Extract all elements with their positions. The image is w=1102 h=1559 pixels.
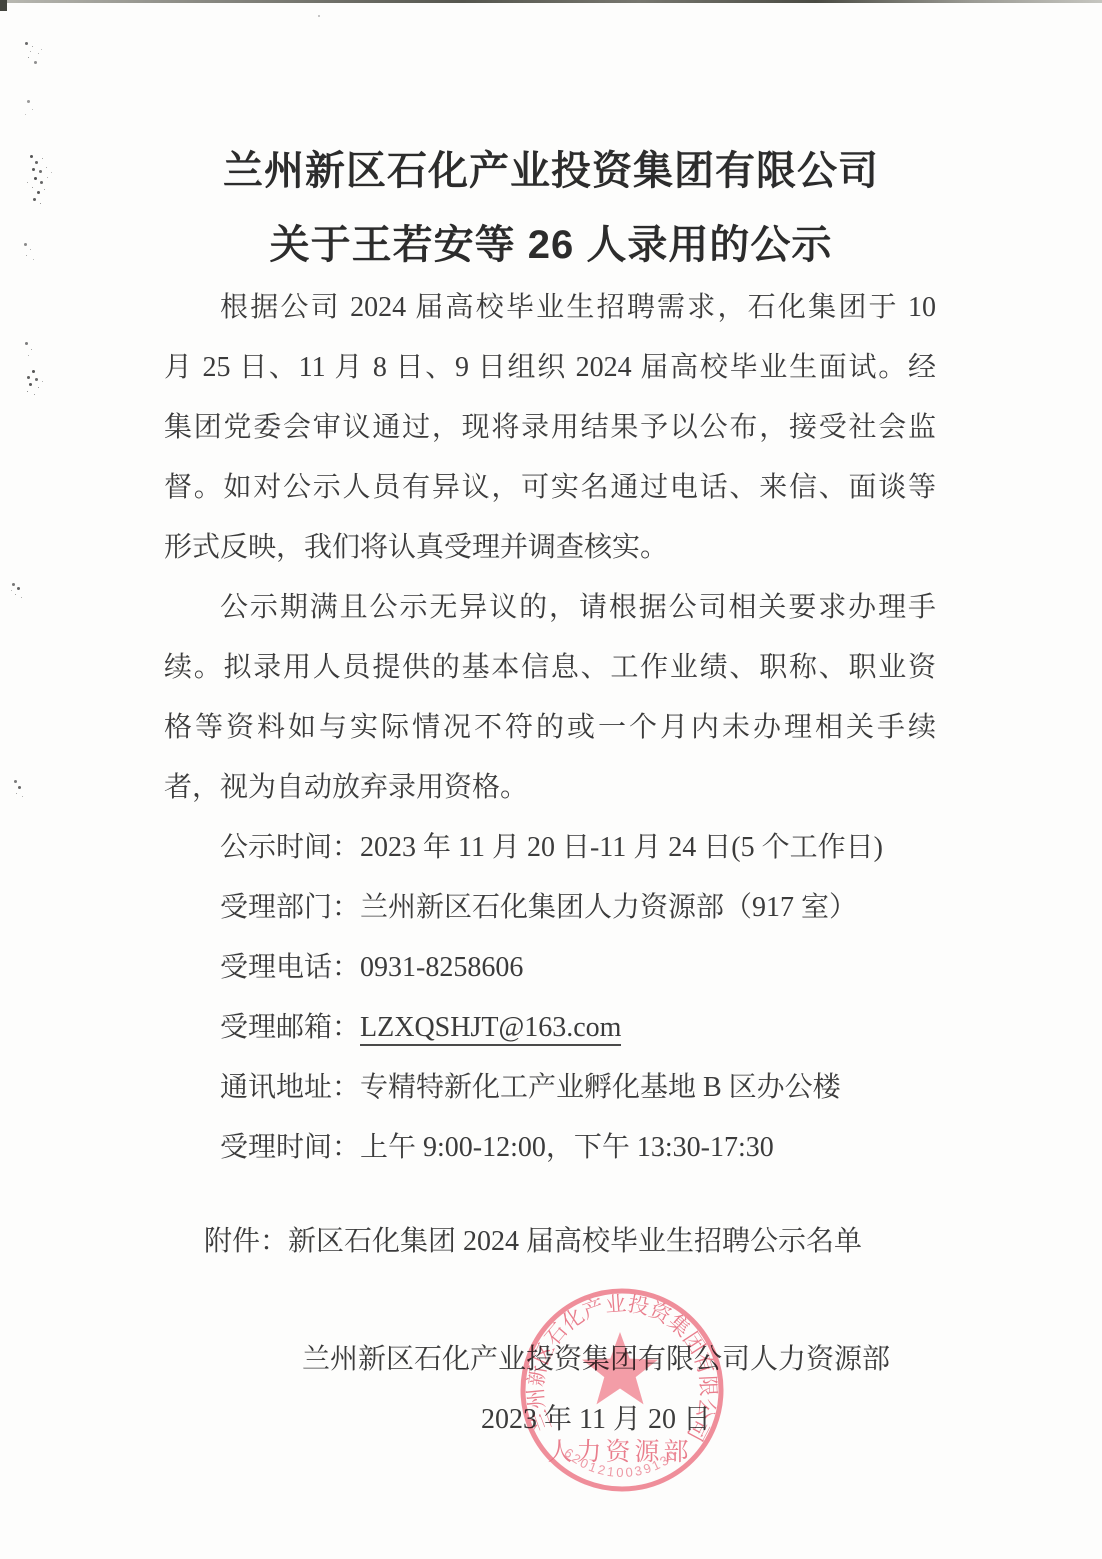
paragraph1-line: 集团党委会审议通过，现将录用结果予以公布，接受社会监 [164, 398, 936, 458]
title-line-1: 兰州新区石化产业投资集团有限公司 [0, 134, 1102, 208]
contact-line-office-hours: 受理时间：上午 9:00-12:00，下午 13:30-17:30 [164, 1118, 936, 1178]
paragraph2-line: 者，视为自动放弃录用资格。 [164, 758, 936, 818]
seal-star-icon [582, 1332, 658, 1404]
contact-line-department: 受理部门：兰州新区石化集团人力资源部（917 室） [164, 878, 936, 938]
document-body: 根据公司 2024 届高校毕业生招聘需求，石化集团于 10 月 25 日、11 … [164, 278, 936, 1178]
scan-corner-artifact [0, 0, 7, 11]
paragraph1-line: 根据公司 2024 届高校毕业生招聘需求，石化集团于 10 [164, 278, 936, 338]
attachment-line: 附件：新区石化集团 2024 届高校毕业生招聘公示名单 [164, 1212, 1074, 1272]
contact-line-publicity-time: 公示时间：2023 年 11 月 20 日-11 月 24 日(5 个工作日) [164, 818, 936, 878]
paragraph1-line: 督。如对公示人员有异议，可实名通过电话、来信、面谈等 [164, 458, 936, 518]
contact-line-email: 受理邮箱：LZXQSHJT@163.com [164, 998, 936, 1058]
official-red-seal: 兰州新区石化产业投资集团有限公司 人力资源部 6201210039130 [516, 1284, 728, 1496]
scan-artifact [14, 780, 17, 783]
contact-line-phone: 受理电话：0931-8258606 [164, 938, 936, 998]
scanned-document-page: 兰州新区石化产业投资集团有限公司 关于王若安等 26 人录用的公示 根据公司 2… [0, 0, 1102, 1559]
contact-line-address: 通讯地址：专精特新化工产业孵化基地 B 区办公楼 [164, 1058, 936, 1118]
email-label: 受理邮箱： [220, 1012, 360, 1043]
paragraph2-line: 公示期满且公示无异议的，请根据公司相关要求办理手 [164, 578, 936, 638]
scan-artifact [25, 42, 28, 45]
email-address: LZXQSHJT@163.com [360, 1012, 621, 1046]
title-line-2: 关于王若安等 26 人录用的公示 [0, 208, 1102, 282]
scan-artifact [318, 15, 320, 17]
document-title: 兰州新区石化产业投资集团有限公司 关于王若安等 26 人录用的公示 [0, 134, 1102, 282]
scan-edge-line [0, 0, 1102, 3]
paragraph2-line: 续。拟录用人员提供的基本信息、工作业绩、职称、职业资 [164, 638, 936, 698]
paragraph1-line: 形式反映，我们将认真受理并调查核实。 [164, 518, 936, 578]
scan-artifact [27, 100, 30, 103]
paragraph1-line: 月 25 日、11 月 8 日、9 日组织 2024 届高校毕业生面试。经 [164, 338, 936, 398]
scan-artifact [25, 342, 28, 345]
scan-artifact [12, 583, 15, 586]
paragraph2-line: 格等资料如与实际情况不符的或一个月内未办理相关手续 [164, 698, 936, 758]
